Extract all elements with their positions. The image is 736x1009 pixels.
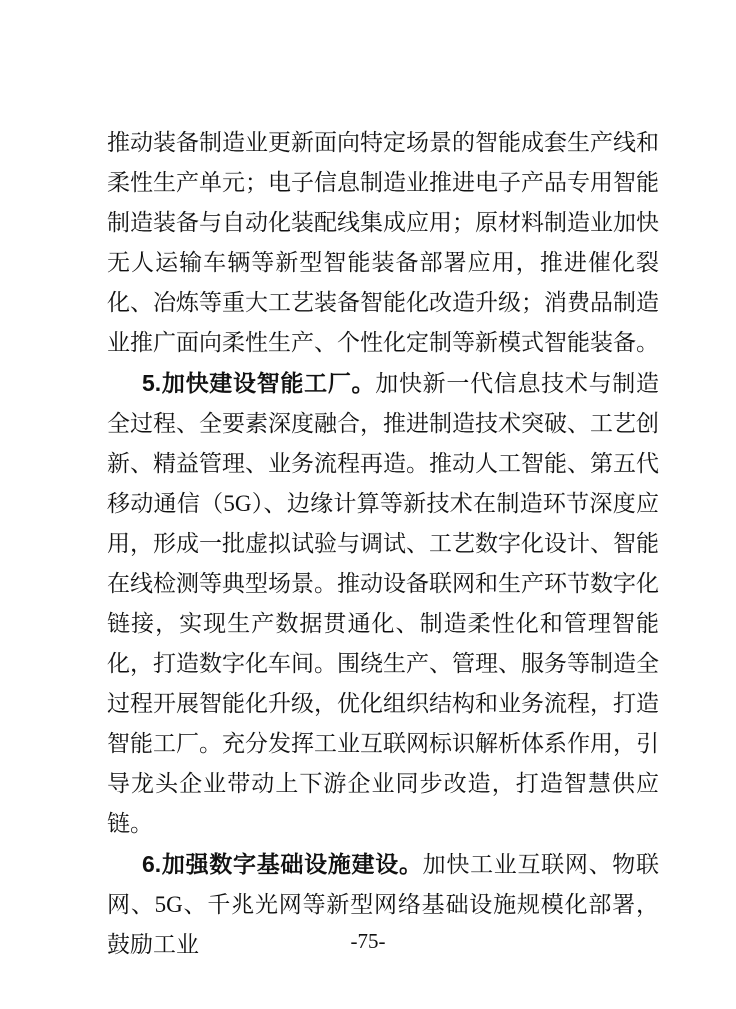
paragraph-text-run: 推动装备制造业更新面向特定场景的智能成套生产线和柔性生产单元；电子信息制造业推进… <box>107 130 659 355</box>
page-body-text: 推动装备制造业更新面向特定场景的智能成套生产线和柔性生产单元；电子信息制造业推进… <box>107 123 659 965</box>
page-number: -75- <box>0 928 736 954</box>
paragraph-heading-run: 5.加快建设智能工厂。 <box>142 370 375 396</box>
paragraph-text-run: 加快新一代信息技术与制造全过程、全要素深度融合，推进制造技术突破、工艺创新、精益… <box>107 371 659 836</box>
paragraph-continuation: 推动装备制造业更新面向特定场景的智能成套生产线和柔性生产单元；电子信息制造业推进… <box>107 123 659 363</box>
document-page: 推动装备制造业更新面向特定场景的智能成套生产线和柔性生产单元；电子信息制造业推进… <box>0 0 736 1009</box>
paragraph-heading-run: 6.加强数字基础设施建设。 <box>142 851 423 877</box>
paragraph-item-5: 5.加快建设智能工厂。加快新一代信息技术与制造全过程、全要素深度融合，推进制造技… <box>107 363 659 844</box>
